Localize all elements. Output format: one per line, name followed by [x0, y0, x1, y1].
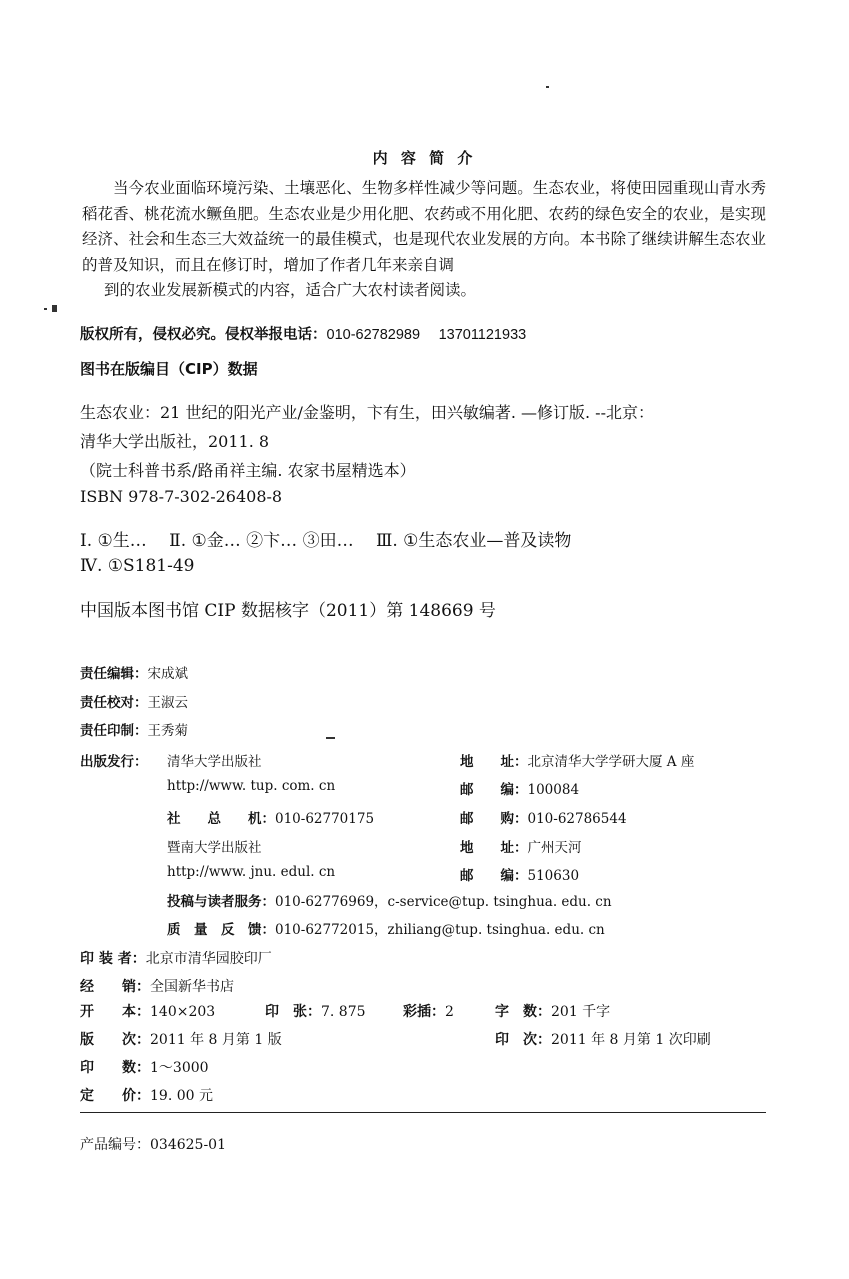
summary-paragraph: 当今农业面临环境污染、土壤恶化、生物多样性减少等问题。生态农业，将使田园重现山青… — [82, 176, 766, 304]
publisher-left-2: 社 总 机：010-62770175 — [167, 807, 374, 827]
co-publisher-name: 暨南大学出版社 — [167, 840, 262, 856]
spec-edition-label: 版 次： — [80, 1032, 150, 1048]
spec-words: 字 数：201 千字 — [495, 1001, 610, 1021]
spec-distributor: 经 销：全国新华书店 — [80, 976, 234, 996]
cip-isbn: ISBN 978-7-302-26408-8 — [80, 487, 282, 506]
summary-text: 当今农业面临环境污染、土壤恶化、生物多样性减少等问题。生态农业，将使田园重现山青… — [82, 179, 766, 274]
spec-edition-value: 2011 年 8 月第 1 版 — [150, 1032, 282, 1048]
publisher-label: 出版发行： — [80, 750, 148, 770]
cip-line-1: 生态农业：21 世纪的阳光产业/金鉴明，卞有生，田兴敏编著. —修订版. --北… — [80, 400, 654, 423]
mail-order-value: 010-62786544 — [528, 811, 627, 827]
spec-format: 开 本：140×203 — [80, 1001, 215, 1021]
spec-sheets: 印 张：7. 875 — [265, 1001, 366, 1021]
spec-price: 定 价：19. 00 元 — [80, 1085, 213, 1105]
cip-line-3: （院士科普书系/路甬祥主编. 农家书屋精选本） — [80, 458, 416, 481]
cip-line-2: 清华大学出版社，2011. 8 — [80, 429, 269, 452]
co-address-value: 广州天河 — [528, 840, 582, 856]
address-value: 北京清华大学学研大厦 A 座 — [528, 754, 695, 770]
cip-heading: 图书在版编目（CIP）数据 — [80, 358, 258, 379]
spec-words-label: 字 数： — [495, 1004, 551, 1020]
divider-rule — [80, 1112, 766, 1113]
copyright-notice: 版权所有，侵权必究。侵权举报电话： — [80, 327, 327, 343]
address-label: 地 址： — [460, 754, 528, 770]
scan-speck — [546, 86, 549, 88]
spec-printing-label: 印 次： — [495, 1032, 551, 1048]
quality-feedback: 质 量 反 馈：010-62772015，zhiliang@tup. tsing… — [167, 918, 605, 938]
publisher-right-3: 地 址：广州天河 — [460, 836, 582, 856]
spec-distributor-value: 全国新华书店 — [150, 979, 234, 995]
spec-format-label: 开 本： — [80, 1004, 150, 1020]
spec-copies-value: 1～3000 — [150, 1060, 209, 1076]
co-address-label: 地 址： — [460, 840, 528, 856]
scan-speck — [44, 308, 47, 310]
publisher-left-1: http://www. tup. com. cn — [167, 778, 335, 794]
scan-speck — [52, 305, 57, 312]
spec-plates: 彩插：2 — [403, 1001, 454, 1021]
staff-printing-value: 王秀菊 — [148, 723, 189, 739]
spec-sheets-value: 7. 875 — [321, 1004, 366, 1020]
spec-printer-value: 北京市清华园胶印厂 — [146, 951, 272, 967]
spec-price-label: 定 价： — [80, 1088, 150, 1104]
publisher-left-4: http://www. jnu. edul. cn — [167, 864, 335, 880]
publisher-url-link[interactable]: http://www. tup. com. cn — [167, 778, 335, 794]
summary-title: 内 容 简 介 — [0, 147, 849, 168]
co-publisher-url-link[interactable]: http://www. jnu. edul. cn — [167, 864, 335, 880]
summary-last-line: 到的农业发展新模式的内容，适合广大农村读者阅读。 — [82, 278, 766, 304]
reader-service: 投稿与读者服务：010-62776969，c-service@tup. tsin… — [167, 890, 612, 910]
quality-feedback-contact[interactable]: 010-62772015，zhiliang@tup. tsinghua. edu… — [275, 922, 605, 938]
spec-edition: 版 次：2011 年 8 月第 1 版 — [80, 1029, 282, 1049]
spec-copies: 印 数：1～3000 — [80, 1057, 209, 1077]
mail-order-label: 邮 购： — [460, 811, 528, 827]
switchboard-label: 社 总 机： — [167, 811, 275, 827]
product-code-label: 产品编号： — [80, 1137, 150, 1153]
spec-format-value: 140×203 — [150, 1004, 215, 1020]
spec-printing-value: 2011 年 8 月第 1 次印刷 — [551, 1032, 711, 1048]
staff-proofreader-label: 责任校对： — [80, 695, 148, 711]
publisher-right-2: 邮 购：010-62786544 — [460, 807, 627, 827]
spec-printing: 印 次：2011 年 8 月第 1 次印刷 — [495, 1029, 711, 1049]
staff-proofreader-value: 王淑云 — [148, 695, 189, 711]
postcode-value: 100084 — [528, 782, 580, 798]
copyright-phones: 010-62782989 13701121933 — [327, 327, 527, 343]
reader-service-label: 投稿与读者服务： — [167, 894, 275, 910]
switchboard-value: 010-62770175 — [275, 811, 374, 827]
publisher-right-4: 邮 编：510630 — [460, 864, 579, 884]
staff-editor: 责任编辑：宋成斌 — [80, 662, 188, 682]
cip-record: 中国版本图书馆 CIP 数据核字（2011）第 148669 号 — [80, 596, 496, 621]
staff-printing: 责任印制：王秀菊 — [80, 719, 188, 739]
publisher-right-0: 地 址：北京清华大学学研大厦 A 座 — [460, 750, 694, 770]
product-code-value: 034625-01 — [150, 1137, 226, 1153]
publisher-right-1: 邮 编：100084 — [460, 778, 579, 798]
spec-printer: 印 装 者：北京市清华园胶印厂 — [80, 948, 272, 968]
staff-proofreader: 责任校对：王淑云 — [80, 691, 188, 711]
staff-printing-label: 责任印制： — [80, 723, 148, 739]
copyright-line: 版权所有，侵权必究。侵权举报电话：010-62782989 1370112193… — [80, 323, 526, 344]
spec-copies-label: 印 数： — [80, 1060, 150, 1076]
publisher-left-0: 清华大学出版社 — [167, 750, 262, 770]
scan-speck — [326, 737, 335, 739]
staff-editor-value: 宋成斌 — [148, 666, 189, 682]
product-code: 产品编号：034625-01 — [80, 1134, 226, 1154]
co-postcode-value: 510630 — [528, 868, 580, 884]
spec-plates-value: 2 — [445, 1004, 454, 1020]
quality-feedback-label: 质 量 反 馈： — [167, 922, 275, 938]
cip-classification-1: Ⅰ. ①生… Ⅱ. ①金… ②卞… ③田… Ⅲ. ①生态农业—普及读物 — [80, 526, 571, 551]
spec-price-value: 19. 00 元 — [150, 1088, 213, 1104]
publisher-name: 清华大学出版社 — [167, 754, 262, 770]
cip-classification-2: Ⅳ. ①S181-49 — [80, 556, 195, 576]
spec-plates-label: 彩插： — [403, 1004, 445, 1020]
spec-printer-label: 印 装 者： — [80, 951, 146, 967]
spec-distributor-label: 经 销： — [80, 979, 150, 995]
staff-editor-label: 责任编辑： — [80, 666, 148, 682]
publisher-left-3: 暨南大学出版社 — [167, 836, 262, 856]
reader-service-contact[interactable]: 010-62776969，c-service@tup. tsinghua. ed… — [275, 894, 612, 910]
postcode-label: 邮 编： — [460, 782, 528, 798]
spec-words-value: 201 千字 — [551, 1004, 610, 1020]
co-postcode-label: 邮 编： — [460, 868, 528, 884]
spec-sheets-label: 印 张： — [265, 1004, 321, 1020]
